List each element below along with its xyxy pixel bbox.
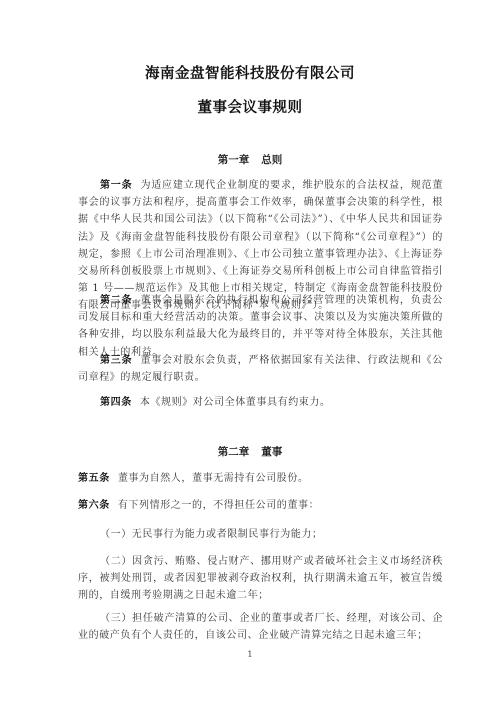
list-item-1: （一）无民事行为能力或者限制民事行为能力； <box>78 526 443 543</box>
article-text: 董事会对股东会负责，严格依据国家有关法律、行政法规和《公司章程》的规定履行职责。 <box>78 355 443 383</box>
article-3: 第三条董事会对股东会负责，严格依据国家有关法律、行政法规和《公司章程》的规定履行… <box>78 352 443 386</box>
chapter-heading-2: 第二章董事 <box>0 444 500 459</box>
article-5: 第五条董事为自然人，董事无需持有公司股份。 <box>78 470 443 487</box>
page-number: 1 <box>0 650 500 660</box>
chapter-heading-1: 第一章总则 <box>0 152 500 167</box>
article-label: 第一条 <box>100 180 132 191</box>
article-text: 有下列情形之一的，不得担任公司的董事： <box>118 500 319 511</box>
article-label: 第五条 <box>78 473 110 484</box>
article-label: 第四条 <box>100 397 132 408</box>
company-title: 海南金盘智能科技股份有限公司 <box>0 62 500 83</box>
article-label: 第二条 <box>100 295 132 306</box>
chapter-name: 董事 <box>261 446 282 458</box>
article-label: 第六条 <box>78 500 110 511</box>
list-item-3: （三）担任破产清算的公司、企业的董事或者厂长、经理，对该公司、企业的破产负有个人… <box>78 610 443 644</box>
article-4: 第四条本《规则》对公司全体董事具有约束力。 <box>78 394 443 411</box>
article-text: 董事会是股东会的执行机构和公司经营管理的决策机构，负责公司发展目标和重大经营活动… <box>78 295 443 358</box>
article-2: 第二条董事会是股东会的执行机构和公司经营管理的决策机构，负责公司发展目标和重大经… <box>78 292 443 361</box>
article-6: 第六条有下列情形之一的，不得担任公司的董事： <box>78 497 443 514</box>
article-text: 本《规则》对公司全体董事具有约束力。 <box>140 397 331 408</box>
article-text: 董事为自然人，董事无需持有公司股份。 <box>118 473 309 484</box>
chapter-number: 第二章 <box>218 446 250 458</box>
document-title: 董事会议事规则 <box>0 96 500 117</box>
chapter-name: 总则 <box>261 154 282 166</box>
list-item-2: （二）因贪污、贿赂、侵占财产、挪用财产或者破坏社会主义市场经济秩序，被判处刑罚，… <box>78 553 443 605</box>
chapter-number: 第一章 <box>218 154 250 166</box>
article-label: 第三条 <box>100 355 132 366</box>
document-page: 海南金盘智能科技股份有限公司 董事会议事规则 第一章总则 第一条为适应建立现代企… <box>0 0 500 707</box>
